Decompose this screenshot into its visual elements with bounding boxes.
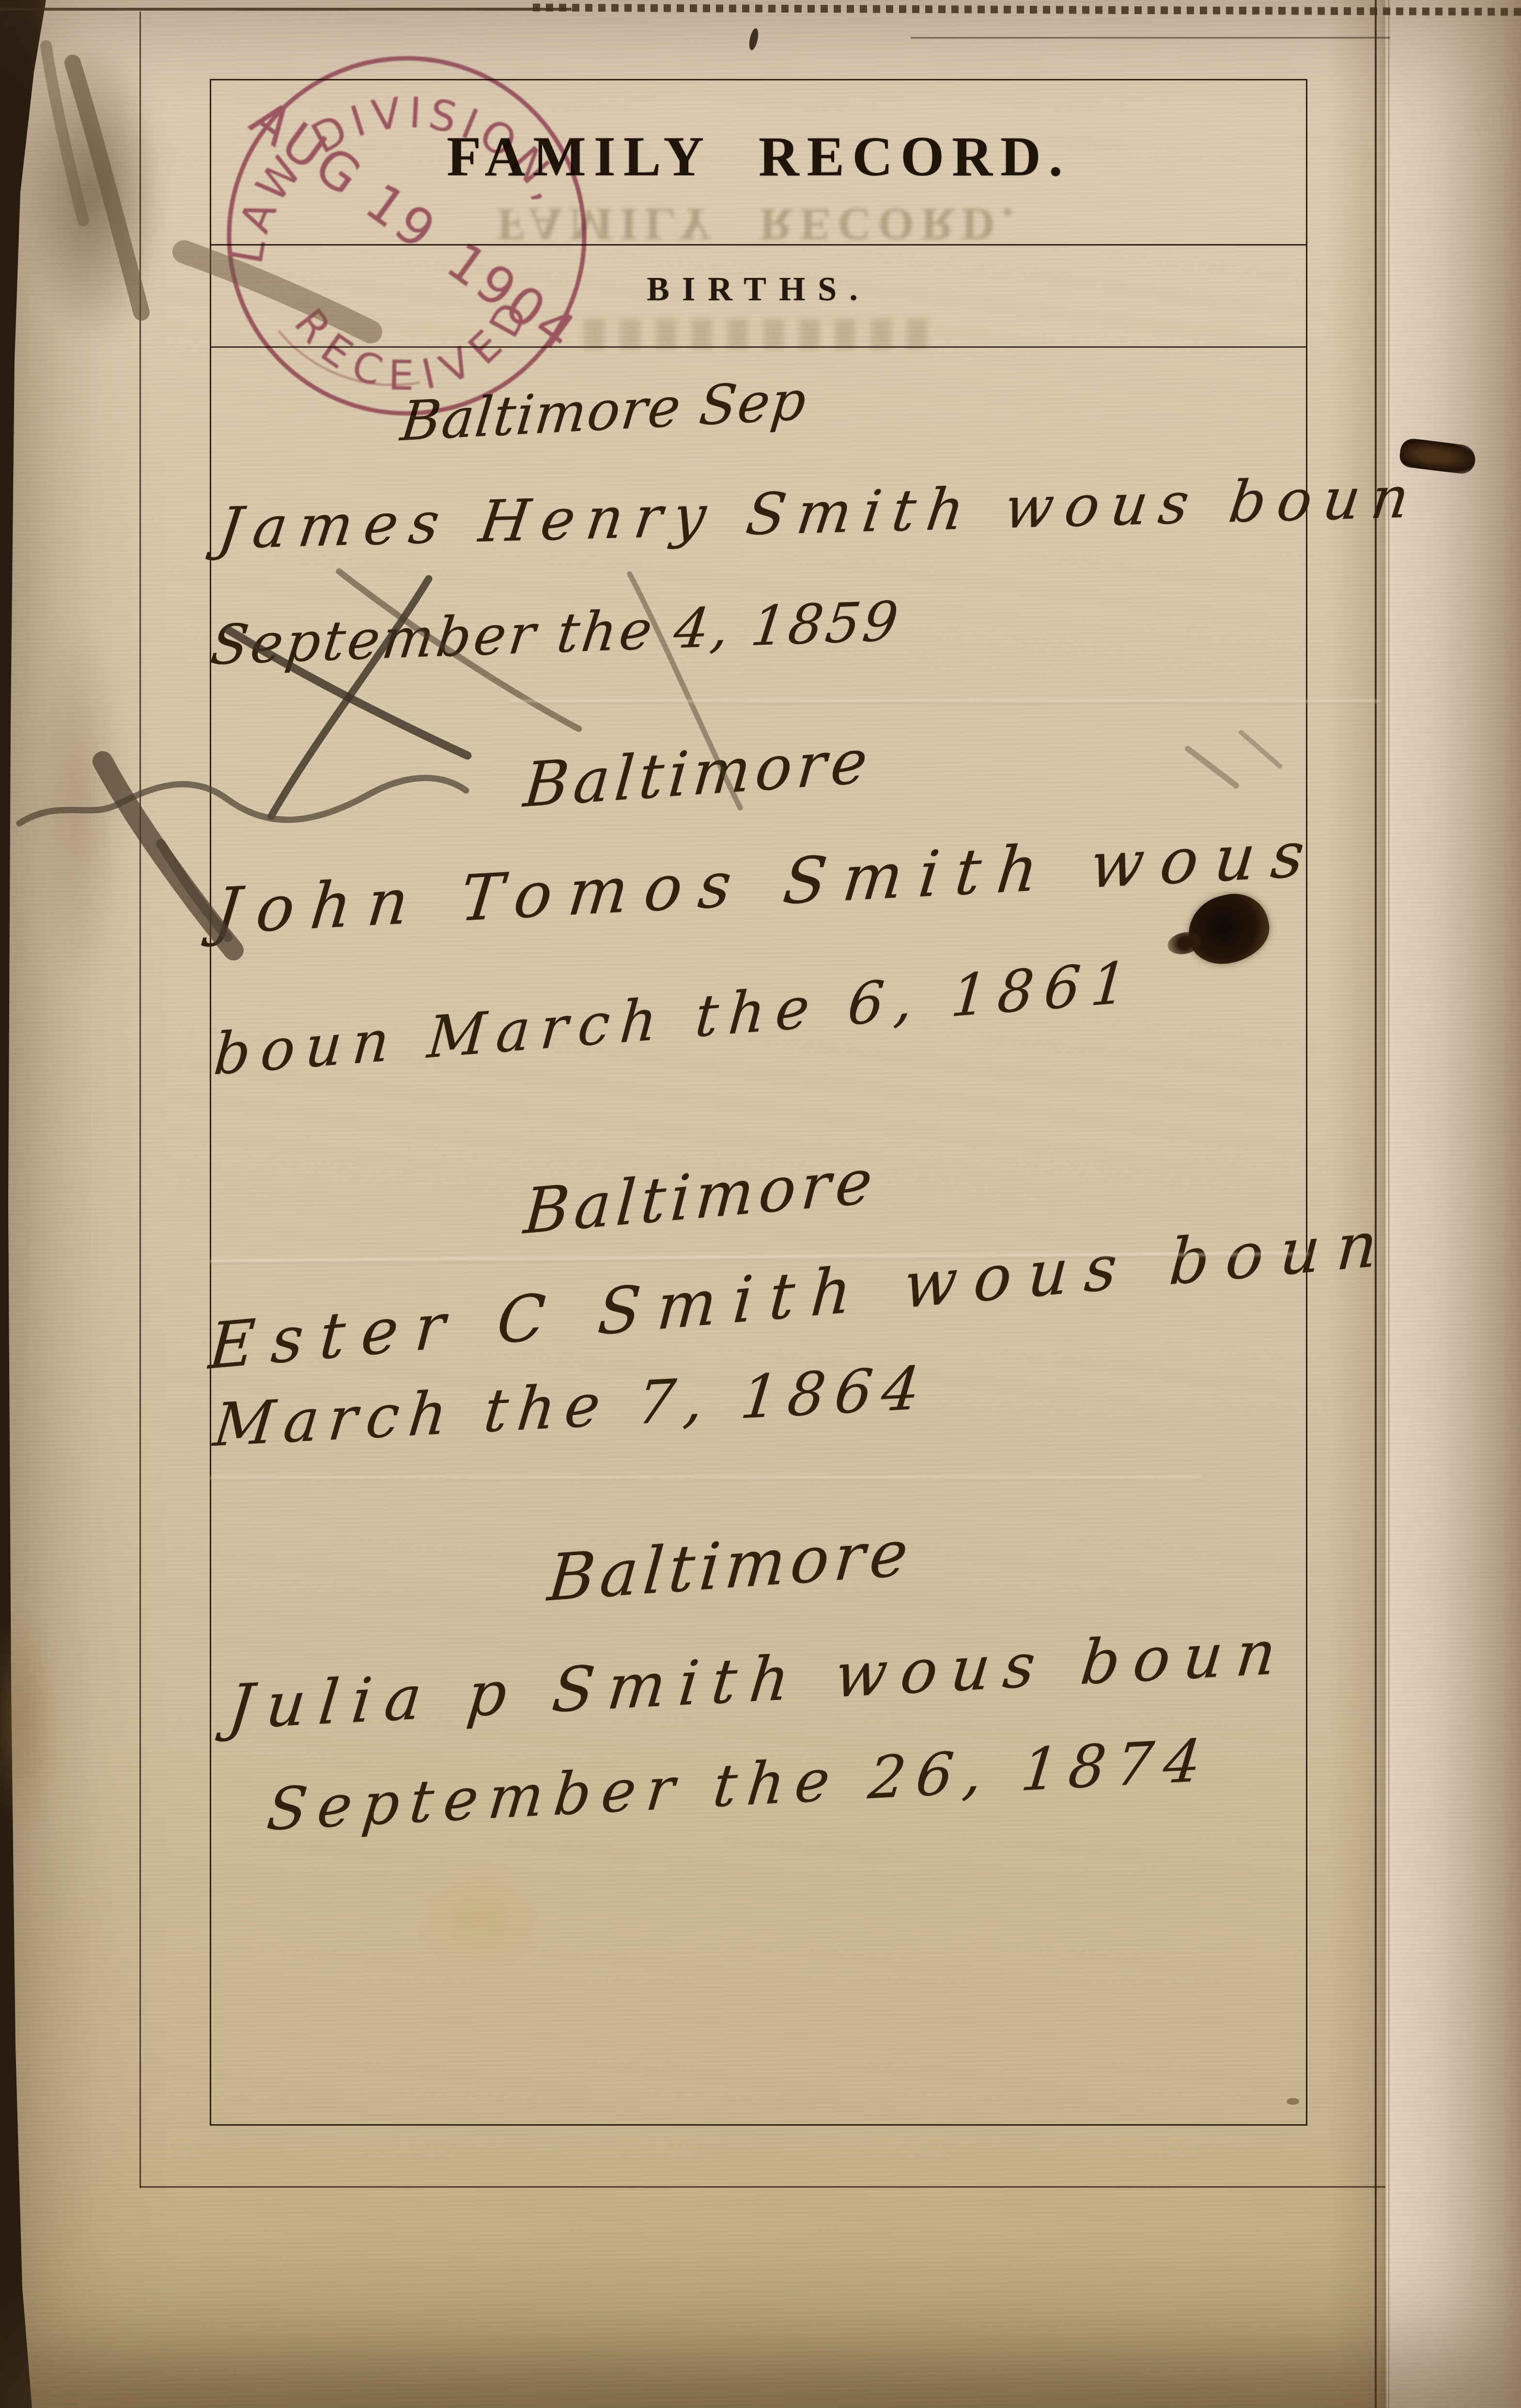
stain-left-margin xyxy=(34,620,126,988)
page-fold-crease xyxy=(1388,0,1389,2408)
paper-crease-1 xyxy=(509,699,1381,704)
stain-left-lower xyxy=(0,1608,58,1836)
ink-smudge-top-left xyxy=(19,44,165,344)
ink-speck-bottom xyxy=(1287,2098,1299,2105)
received-stamp: LAW DIVISION, RECEIVED. AUG 191904 xyxy=(197,29,617,448)
adjacent-page-strip xyxy=(1386,0,1521,2408)
page-rule-bottom xyxy=(140,2186,1385,2188)
page-fold-line xyxy=(1375,0,1377,2408)
binding-edge xyxy=(0,0,58,2408)
paper-crease-3 xyxy=(210,1476,1203,1481)
fold-shadow xyxy=(1327,0,1385,2408)
ink-speck-top xyxy=(747,28,760,51)
top-edge-line-2 xyxy=(911,37,1390,39)
page-rule-left xyxy=(140,12,141,2188)
family-record-scan: FAMILY RECORD. FAMILY RECORD. BIRTHS. Ba… xyxy=(0,0,1521,2408)
show-through-section xyxy=(584,319,943,350)
top-edge-line xyxy=(0,8,572,11)
yellow-stain xyxy=(417,1865,543,1971)
